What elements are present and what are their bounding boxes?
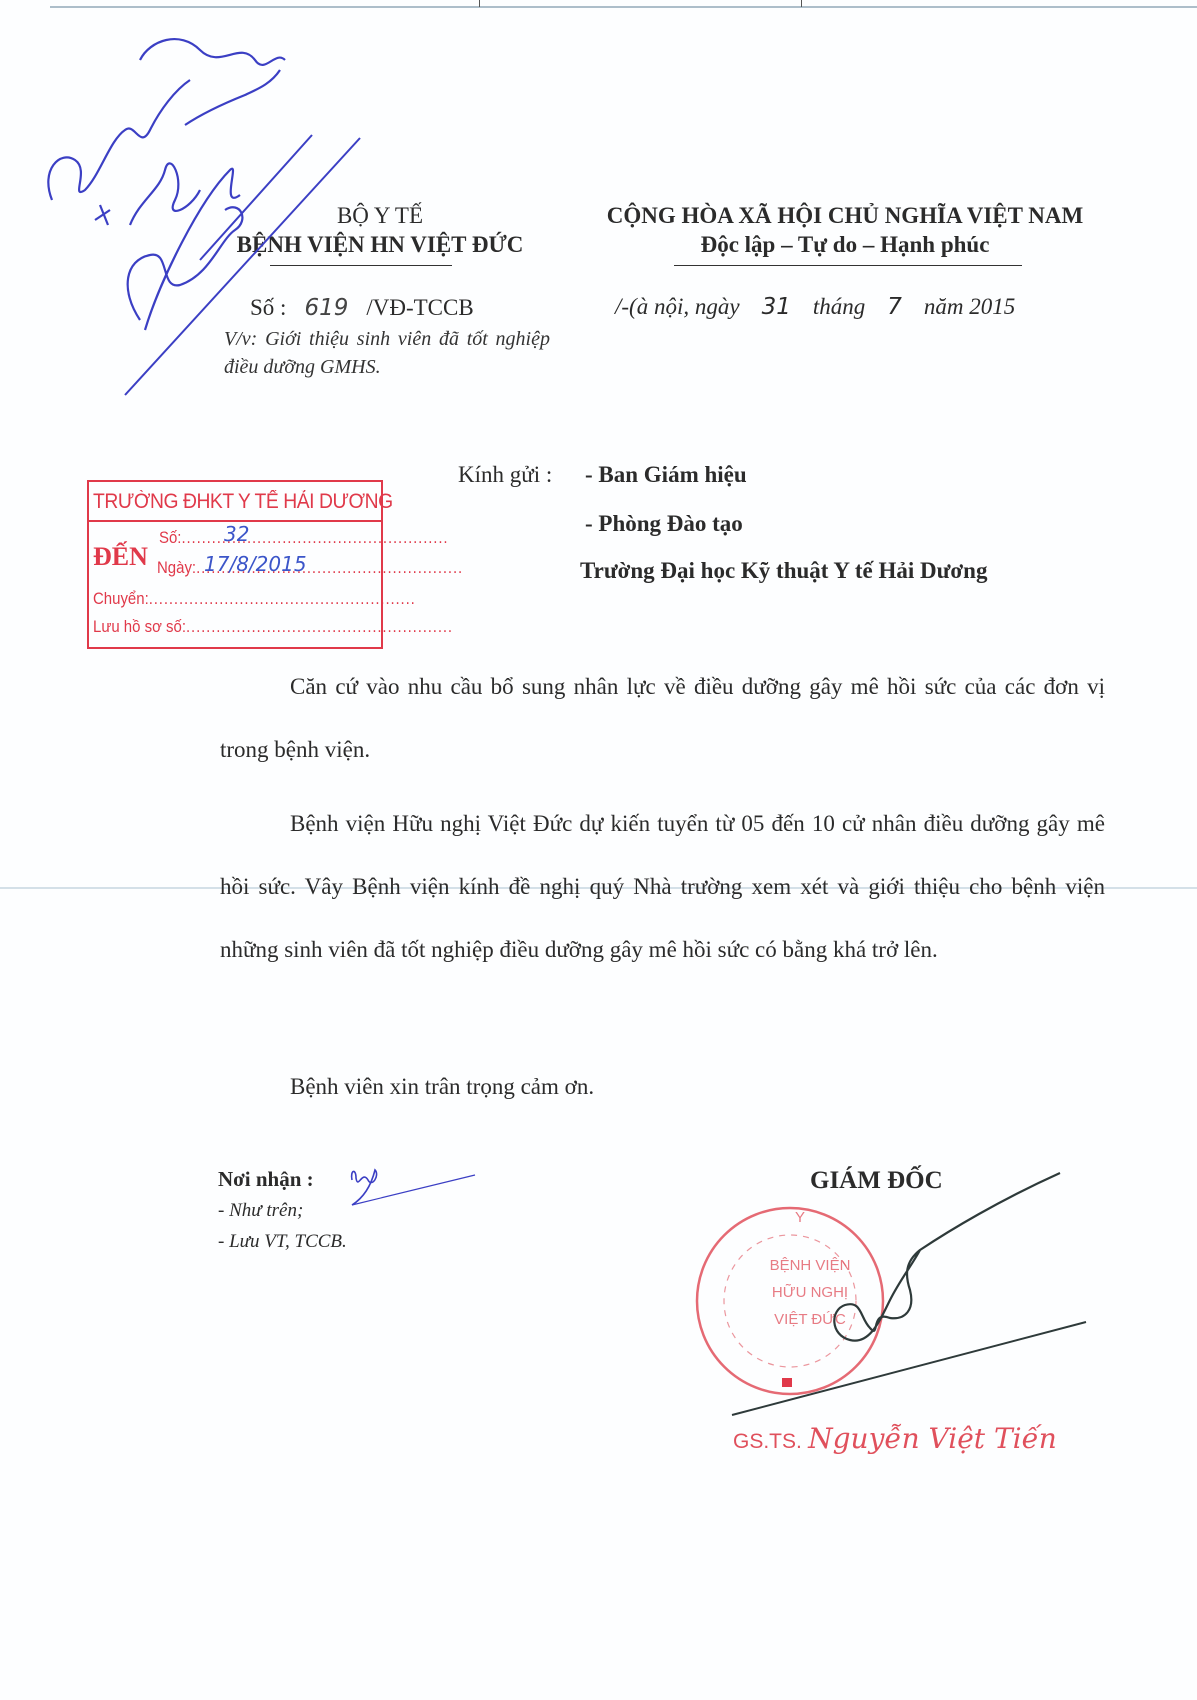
svg-text:HỮU NGHỊ: HỮU NGHỊ	[772, 1284, 848, 1301]
handwritten-note-icon	[48, 39, 285, 330]
initials-icon	[352, 1170, 475, 1205]
handwriting-overlay: Y BỆNH VIỆN HỮU NGHỊ VIỆT ĐỨC	[0, 0, 1197, 1700]
svg-text:Y: Y	[795, 1209, 805, 1226]
official-seal-icon: Y BỆNH VIỆN HỮU NGHỊ VIỆT ĐỨC	[697, 1208, 883, 1394]
pen-stroke	[125, 138, 360, 395]
pen-stroke	[200, 135, 312, 260]
svg-text:BỆNH VIỆN: BỆNH VIỆN	[770, 1257, 851, 1274]
